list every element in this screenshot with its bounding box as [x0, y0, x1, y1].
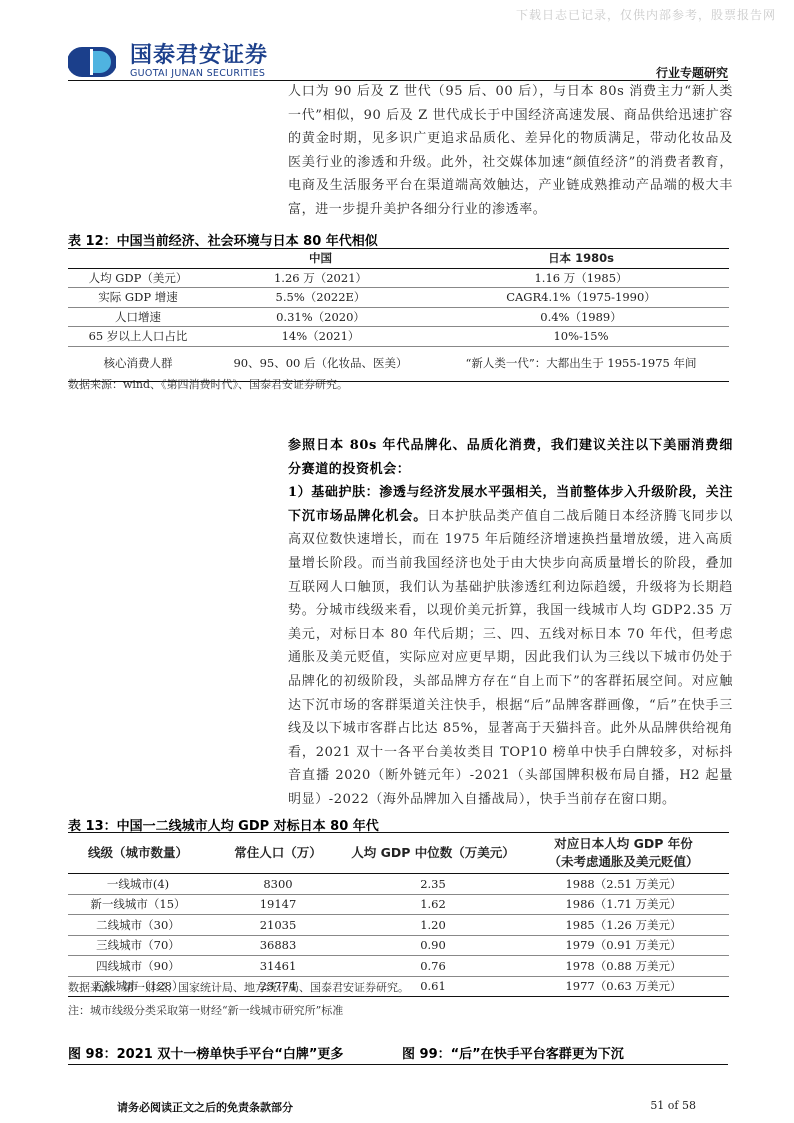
column-header: 人均 GDP 中位数（万美元）	[348, 833, 518, 874]
table-row: 人均 GDP（美元） 1.26 万（2021） 1.16 万（1985）	[68, 268, 729, 288]
table13: 线级（城市数量） 常住人口（万） 人均 GDP 中位数（万美元） 对应日本人均 …	[68, 832, 729, 997]
table-cell: 二线城市（30）	[68, 915, 208, 936]
table-cell: 10%-15%	[433, 327, 729, 347]
table-row: 实际 GDP 增速 5.5%（2022E） CAGR4.1%（1975-1990…	[68, 288, 729, 308]
table-cell: 实际 GDP 增速	[68, 288, 208, 308]
table-cell: 1979（0.91 万美元）	[518, 935, 729, 956]
table-cell: 新一线城市（15）	[68, 894, 208, 915]
point1-body: 日本护肤品类产值自二战后随日本经济腾飞同步以高双位数快速增长，而在 1975 年…	[288, 509, 733, 807]
table-cell: 0.76	[348, 956, 518, 977]
table-cell: “新人类一代”：大都出生于 1955-1975 年间	[433, 346, 729, 381]
table-cell: 21035	[208, 915, 348, 936]
logo-chinese-name: 国泰君安证券	[130, 44, 268, 68]
table-cell: 三线城市（70）	[68, 935, 208, 956]
table12-title: 表 12：中国当前经济、社会环境与日本 80 年代相似	[68, 230, 378, 249]
column-header: 日本 1980s	[433, 249, 729, 269]
table-cell: 36883	[208, 935, 348, 956]
table-cell: 5.5%（2022E）	[208, 288, 433, 308]
figure98-title: 图 98：2021 双十一榜单快手平台“白牌”更多	[68, 1043, 343, 1062]
table-header-row: 线级（城市数量） 常住人口（万） 人均 GDP 中位数（万美元） 对应日本人均 …	[68, 833, 729, 874]
table-cell: 0.90	[348, 935, 518, 956]
figure99-title: 图 99：“后”在快手平台客群更为下沉	[402, 1043, 624, 1062]
table-cell: 1978（0.88 万美元）	[518, 956, 729, 977]
table-cell: 0.31%（2020）	[208, 307, 433, 327]
column-header: 线级（城市数量）	[68, 833, 208, 874]
table12: 中国 日本 1980s 人均 GDP（美元） 1.26 万（2021） 1.16…	[68, 248, 729, 382]
intro-paragraph: 人口为 90 后及 Z 世代（95 后、00 后），与日本 80s 消费主力“新…	[288, 80, 733, 222]
table-row: 新一线城市（15） 19147 1.62 1986（1.71 万美元）	[68, 894, 729, 915]
table-cell: 1986（1.71 万美元）	[518, 894, 729, 915]
table13-source: 数据来源：第一财经、国家统计局、地方统计局、国泰君安证券研究。	[68, 979, 409, 995]
table-row: 一线城市(4) 8300 2.35 1988（2.51 万美元）	[68, 874, 729, 895]
table-cell: 65 岁以上人口占比	[68, 327, 208, 347]
table-cell: 14%（2021）	[208, 327, 433, 347]
table-cell: 0.4%（1989）	[433, 307, 729, 327]
table-cell: 1.20	[348, 915, 518, 936]
section-body: 参照日本 80s 年代品牌化、品质化消费，我们建议关注以下美丽消费细分赛道的投资…	[288, 434, 733, 812]
footer-disclaimer: 请务必阅读正文之后的免责条款部分	[117, 1099, 293, 1115]
table-cell: 1.26 万（2021）	[208, 268, 433, 288]
table-cell: 1988（2.51 万美元）	[518, 874, 729, 895]
table-cell: 人均 GDP（美元）	[68, 268, 208, 288]
table-cell: CAGR4.1%（1975-1990）	[433, 288, 729, 308]
column-header: 中国	[208, 249, 433, 269]
table-cell: 1985（1.26 万美元）	[518, 915, 729, 936]
logo-mark-icon	[68, 46, 116, 78]
section-lead: 参照日本 80s 年代品牌化、品质化消费，我们建议关注以下美丽消费细分赛道的投资…	[288, 438, 733, 477]
table-cell: 31461	[208, 956, 348, 977]
table-row: 二线城市（30） 21035 1.20 1985（1.26 万美元）	[68, 915, 729, 936]
table-cell: 一线城市(4)	[68, 874, 208, 895]
watermark: 下载日志已记录，仅供内部参考，股票报告网	[516, 6, 776, 23]
table-cell: 1.62	[348, 894, 518, 915]
company-logo: 国泰君安证券 GUOTAI JUNAN SECURITIES	[68, 44, 268, 80]
logo-english-name: GUOTAI JUNAN SECURITIES	[130, 68, 268, 80]
table-cell: 四线城市（90）	[68, 956, 208, 977]
table-row: 65 岁以上人口占比 14%（2021） 10%-15%	[68, 327, 729, 347]
page-number: 51 of 58	[650, 1099, 696, 1112]
table-cell: 1977（0.63 万美元）	[518, 976, 729, 997]
table12-source: 数据来源：wind、《第四消费时代》、国泰君安证券研究。	[68, 376, 348, 392]
table-cell: 19147	[208, 894, 348, 915]
figure-divider	[68, 1064, 728, 1065]
table-cell: 1.16 万（1985）	[433, 268, 729, 288]
table-row: 人口增速 0.31%（2020） 0.4%（1989）	[68, 307, 729, 327]
table13-note: 注：城市线级分类采取第一财经“新一线城市研究所”标准	[68, 1002, 343, 1018]
table-cell: 2.35	[348, 874, 518, 895]
column-header: 对应日本人均 GDP 年份（未考虑通胀及美元贬值）	[518, 833, 729, 874]
table-cell: 8300	[208, 874, 348, 895]
column-header: 常住人口（万）	[208, 833, 348, 874]
table-row: 三线城市（70） 36883 0.90 1979（0.91 万美元）	[68, 935, 729, 956]
table-row: 四线城市（90） 31461 0.76 1978（0.88 万美元）	[68, 956, 729, 977]
column-header	[68, 249, 208, 269]
section-tag: 行业专题研究	[656, 64, 728, 81]
table-header-row: 中国 日本 1980s	[68, 249, 729, 269]
table-cell: 人口增速	[68, 307, 208, 327]
